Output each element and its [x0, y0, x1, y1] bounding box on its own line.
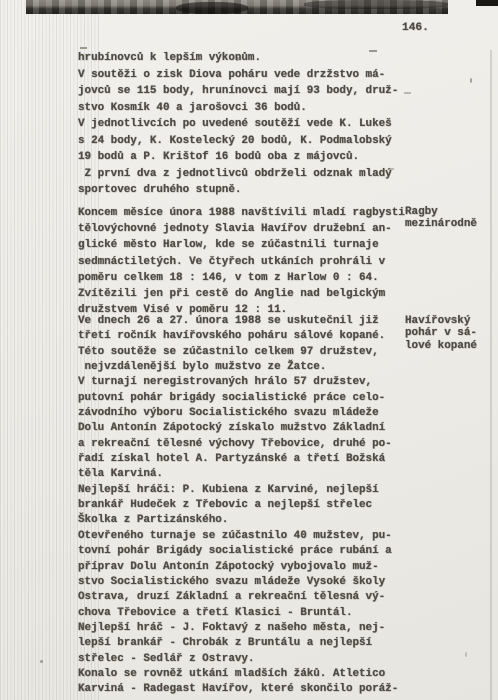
scanned-chronicle-page: 146. hrubínovců k lepším výkonům. V sout…	[0, 0, 498, 700]
scan-artifact	[447, 318, 456, 320]
scan-artifact	[465, 652, 467, 657]
page-number: 146.	[402, 22, 429, 34]
margin-note-indoor-football: Havířovský pohár v sá- lové kopané	[405, 315, 477, 352]
paragraph-block-rugby: Koncem měsíce února 1988 navštívili mlad…	[78, 205, 405, 318]
margin-note-rugby: Ragby mezinárodně	[405, 206, 477, 231]
scan-artifact	[369, 50, 377, 52]
scan-artifact	[236, 57, 239, 61]
scan-artifact	[404, 92, 411, 94]
scan-artifact	[470, 78, 472, 83]
scan-artifact	[388, 168, 394, 170]
paragraph-block-standings: hrubínovců k lepším výkonům. V soutěži o…	[78, 50, 398, 199]
scan-artifact	[40, 660, 43, 663]
page-edge-line	[490, 50, 492, 700]
scan-artifact	[176, 2, 248, 14]
scan-artifact	[476, 0, 498, 6]
scan-artifact	[80, 47, 87, 49]
scanner-top-strip	[26, 0, 448, 14]
paragraph-block-indoor-football: Ve dnech 26 a 27. února 1988 se uskutečn…	[78, 314, 398, 698]
scan-artifact	[304, 0, 448, 9]
